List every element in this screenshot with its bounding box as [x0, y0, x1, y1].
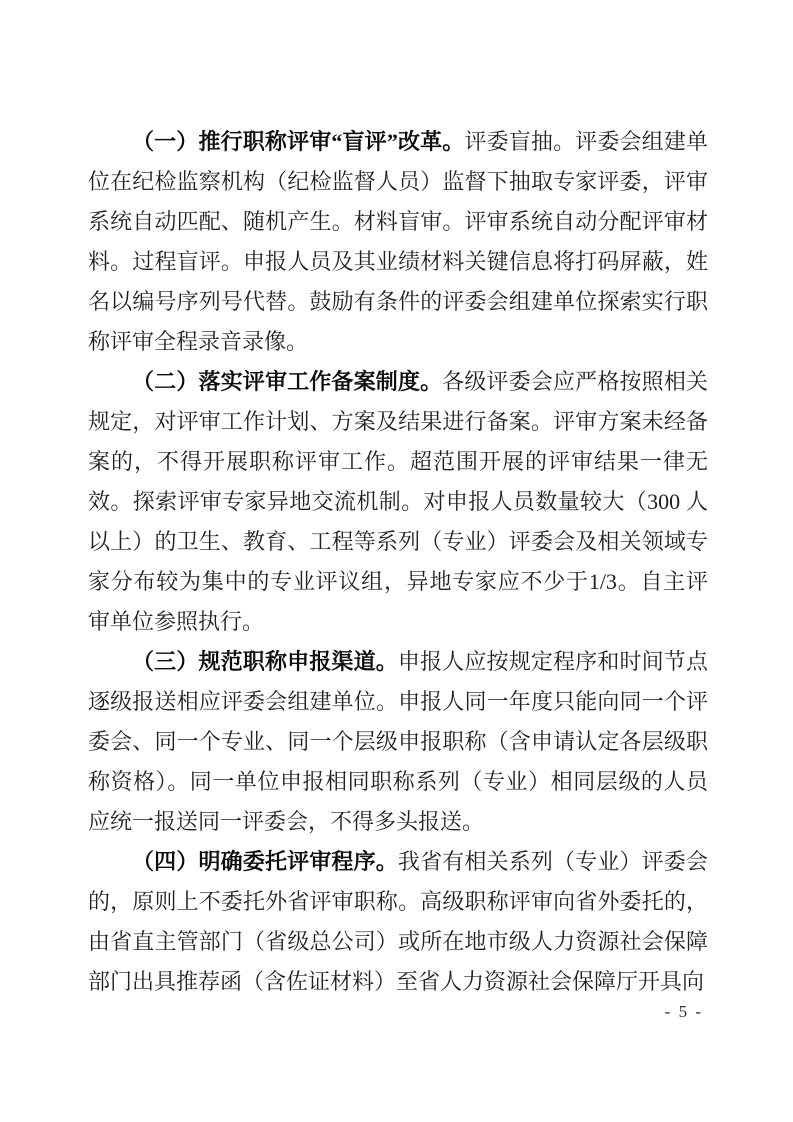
paragraph-2-heading: （二）落实评审工作备案制度。	[132, 369, 442, 394]
document-page: （一）推行职称评审“盲评”改革。评委盲抽。评委会组建单位在纪检监察机构（纪检监督…	[0, 0, 793, 1122]
paragraph-entrusted-review-procedure: （四）明确委托评审程序。我省有相关系列（专业）评委会的，原则上不委托外省评审职称…	[88, 842, 708, 1002]
paragraph-filing-system: （二）落实评审工作备案制度。各级评委会应严格按照相关规定，对评审工作计划、方案及…	[88, 362, 708, 642]
paragraph-3-heading: （三）规范职称申报渠道。	[132, 649, 398, 674]
paragraph-2-text: 各级评委会应严格按照相关规定，对评审工作计划、方案及结果进行备案。评审方案未经备…	[88, 369, 708, 634]
document-body: （一）推行职称评审“盲评”改革。评委盲抽。评委会组建单位在纪检监察机构（纪检监督…	[88, 122, 708, 1002]
paragraph-3-text: 申报人应按规定程序和时间节点逐级报送相应评委会组建单位。申报人同一年度只能向同一…	[88, 649, 708, 834]
paragraph-application-channels: （三）规范职称申报渠道。申报人应按规定程序和时间节点逐级报送相应评委会组建单位。…	[88, 642, 708, 842]
page-number: - 5 -	[665, 1002, 703, 1022]
paragraph-1-text: 评委盲抽。评委会组建单位在纪检监察机构（纪检监督人员）监督下抽取专家评委，评审系…	[88, 129, 708, 354]
paragraph-blind-review-reform: （一）推行职称评审“盲评”改革。评委盲抽。评委会组建单位在纪检监察机构（纪检监督…	[88, 122, 708, 362]
paragraph-4-heading: （四）明确委托评审程序。	[132, 849, 398, 874]
paragraph-1-heading: （一）推行职称评审“盲评”改革。	[132, 129, 464, 154]
